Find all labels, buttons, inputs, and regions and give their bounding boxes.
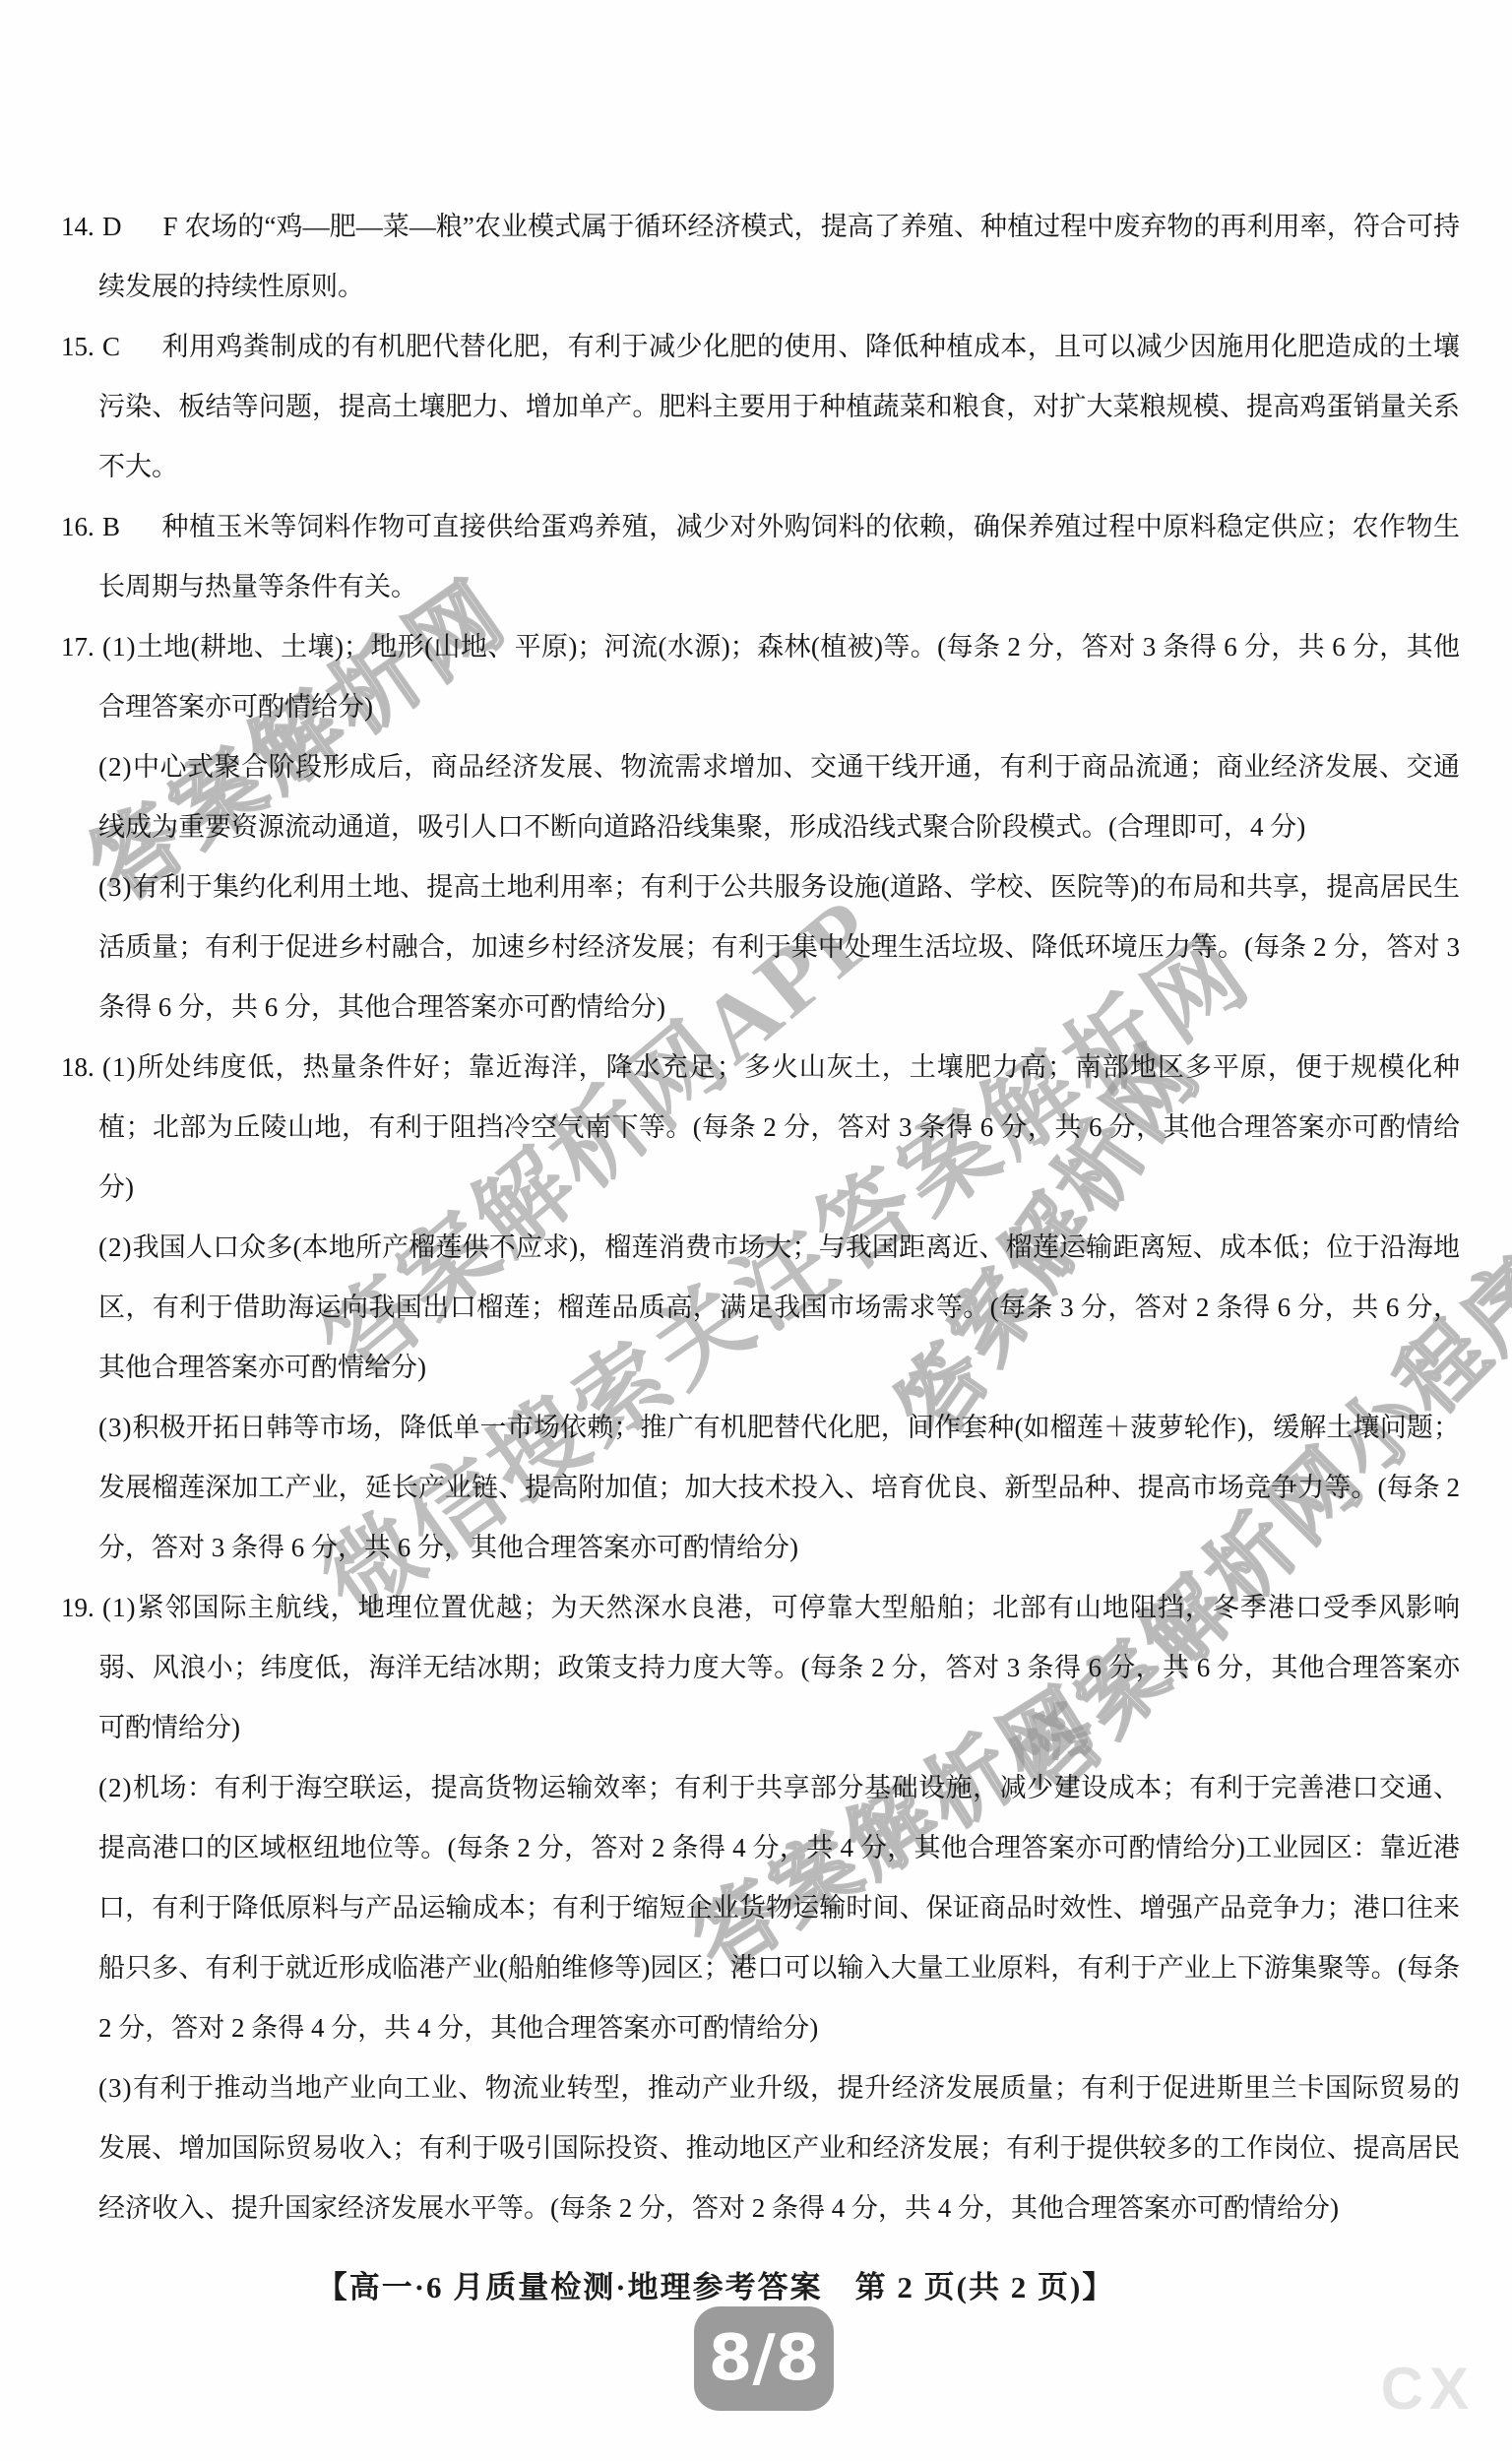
answer-number: 19. <box>61 1578 102 1638</box>
part-label: (3) <box>98 2073 132 2103</box>
part-label: (1) <box>102 632 136 662</box>
exam-answer-page: 答案解析网答案解析网APP微信搜索关注答案解析网答案解析网答案解析网小程序答案解… <box>0 0 1512 2461</box>
answer-item: 14.DF 农场的“鸡—肥—菜—粮”农业模式属于循环经济模式，提高了养殖、种植过… <box>61 197 1460 317</box>
corner-watermark: CX <box>1381 2355 1475 2423</box>
answer-paragraph: 18.(1)所处纬度低，热量条件好；靠近海洋，降水充足；多火山灰土，土壤肥力高；… <box>98 1038 1460 1218</box>
part-label: (3) <box>98 1413 132 1442</box>
part-label: (1) <box>102 1052 136 1082</box>
answer-paragraph: (3)积极开拓日韩等市场，降低单一市场依赖；推广有机肥替代化肥，间作套种(如榴莲… <box>98 1398 1460 1578</box>
footer-text: 【高一·6 月质量检测·地理参考答案 第 2 页(共 2 页)】 <box>317 2270 1115 2304</box>
answer-item: 18.(1)所处纬度低，热量条件好；靠近海洋，降水充足；多火山灰土，土壤肥力高；… <box>61 1038 1460 1578</box>
part-label: (2) <box>98 1232 132 1262</box>
answer-choice: C <box>102 317 120 377</box>
answers-list: 14.DF 农场的“鸡—肥—菜—粮”农业模式属于循环经济模式，提高了养殖、种植过… <box>61 197 1460 2239</box>
answer-item: 19.(1)紧邻国际主航线，地理位置优越；为天然深水良港，可停靠大型船舶；北部有… <box>61 1578 1460 2239</box>
answer-paragraph: (2)机场：有利于海空联运，提高货物运输效率；有利于共享部分基础设施，减少建设成… <box>98 1758 1460 2058</box>
answer-paragraph: 19.(1)紧邻国际主航线，地理位置优越；为天然深水良港，可停靠大型船舶；北部有… <box>98 1578 1460 1758</box>
answer-number: 14. <box>61 197 102 257</box>
answer-item: 17.(1)土地(耕地、土壤)；地形(山地、平原)；河流(水源)；森林(植被)等… <box>61 617 1460 1038</box>
page-number-text: 8/8 <box>709 2322 819 2395</box>
answer-item: 15.C利用鸡粪制成的有机肥代替化肥，有利于减少化肥的使用、降低种植成本，且可以… <box>61 317 1460 497</box>
answer-paragraph: 15.C利用鸡粪制成的有机肥代替化肥，有利于减少化肥的使用、降低种植成本，且可以… <box>98 317 1460 497</box>
answer-number: 17. <box>61 617 102 677</box>
answer-choice: D <box>102 197 122 257</box>
answer-paragraph: 14.DF 农场的“鸡—肥—菜—粮”农业模式属于循环经济模式，提高了养殖、种植过… <box>98 197 1460 317</box>
part-label: (2) <box>98 752 132 782</box>
answer-item: 16.B种植玉米等饲料作物可直接供给蛋鸡养殖，减少对外购饲料的依赖，确保养殖过程… <box>61 497 1460 617</box>
answer-number: 15. <box>61 317 102 377</box>
answer-paragraph: (2)我国人口众多(本地所产榴莲供不应求)，榴莲消费市场大；与我国距离近、榴莲运… <box>98 1218 1460 1398</box>
answer-paragraph: (3)有利于推动当地产业向工业、物流业转型，推动产业升级，提升经济发展质量；有利… <box>98 2058 1460 2239</box>
part-label: (1) <box>102 1593 136 1622</box>
answer-paragraph: (2)中心式聚合阶段形成后，商品经济发展、物流需求增加、交通干线开通，有利于商品… <box>98 737 1460 857</box>
answer-number: 16. <box>61 497 102 557</box>
answer-paragraph: 16.B种植玉米等饲料作物可直接供给蛋鸡养殖，减少对外购饲料的依赖，确保养殖过程… <box>98 497 1460 617</box>
answer-paragraph: 17.(1)土地(耕地、土壤)；地形(山地、平原)；河流(水源)；森林(植被)等… <box>98 617 1460 737</box>
part-label: (3) <box>98 872 132 902</box>
answer-choice: B <box>102 497 120 557</box>
answer-number: 18. <box>61 1038 102 1098</box>
page-footer: 【高一·6 月质量检测·地理参考答案 第 2 页(共 2 页)】 <box>0 2262 1512 2306</box>
answer-paragraph: (3)有利于集约化利用土地、提高土地利用率；有利于公共服务设施(道路、学校、医院… <box>98 857 1460 1038</box>
page-number-badge: 8/8 <box>694 2306 834 2411</box>
part-label: (2) <box>98 1773 132 1802</box>
